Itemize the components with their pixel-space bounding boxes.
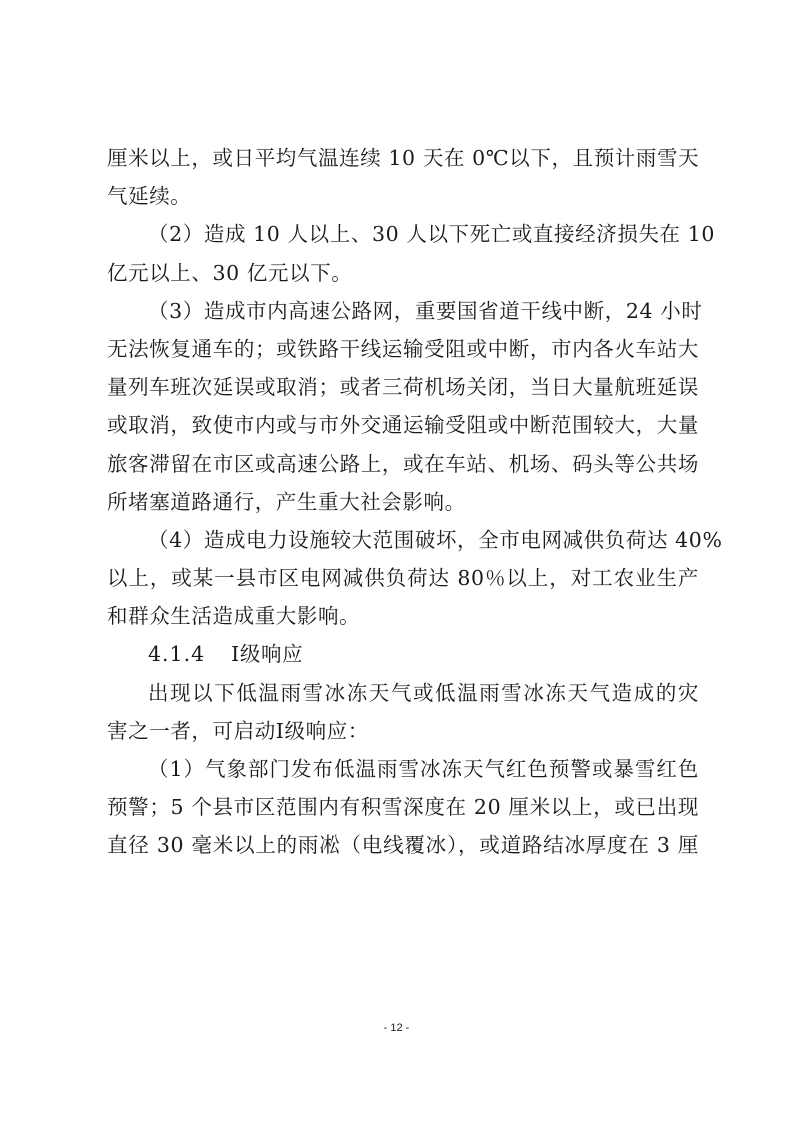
text-line: 以上，或某一县市区电网减供负荷达 80％以上，对工农业生产 [107, 559, 699, 597]
text-line: 厘米以上，或日平均气温连续 10 天在 0℃以下，且预计雨雪天 [107, 139, 699, 177]
section-number: 4.1.4 [148, 635, 205, 673]
text-line: 气延续。 [107, 177, 699, 215]
paragraph-intro: 出现以下低温雨雪冰冻天气或低温雨雪冰冻天气造成的灾 [107, 674, 699, 712]
text-line: 预警；5 个县市区范围内有积雪深度在 20 厘米以上，或已出现 [107, 788, 699, 826]
text-line: 和群众生活造成重大影响。 [107, 597, 699, 635]
paragraph-item-3: （3）造成市内高速公路网，重要国省道干线中断，24 小时 [107, 292, 699, 330]
document-page: 厘米以上，或日平均气温连续 10 天在 0℃以下，且预计雨雪天 气延续。 （2）… [0, 0, 793, 1121]
paragraph-item-1: （1）气象部门发布低温雨雪冰冻天气红色预警或暴雪红色 [107, 750, 699, 788]
text-line: 害之一者，可启动Ⅰ级响应： [107, 712, 699, 750]
text-line: 亿元以上、30 亿元以下。 [107, 254, 699, 292]
text-line: 直径 30 毫米以上的雨凇（电线覆冰），或道路结冰厚度在 3 厘 [107, 826, 699, 864]
text-line: 所堵塞道路通行，产生重大社会影响。 [107, 483, 699, 521]
page-number: - 12 - [0, 1022, 793, 1034]
section-heading: 4.1.4Ⅰ级响应 [107, 635, 699, 673]
paragraph-item-2: （2）造成 10 人以上、30 人以下死亡或直接经济损失在 10 [107, 215, 699, 253]
text-line: 无法恢复通车的；或铁路干线运输受阻或中断，市内各火车站大 [107, 330, 699, 368]
text-line: 旅客滞留在市区或高速公路上，或在车站、机场、码头等公共场 [107, 445, 699, 483]
section-title: Ⅰ级响应 [231, 642, 303, 666]
text-line: 或取消，致使市内或与市外交通运输受阻或中断范围较大，大量 [107, 406, 699, 444]
text-line: 量列车班次延误或取消；或者三荷机场关闭，当日大量航班延误 [107, 368, 699, 406]
document-body: 厘米以上，或日平均气温连续 10 天在 0℃以下，且预计雨雪天 气延续。 （2）… [107, 139, 699, 865]
paragraph-item-4: （4）造成电力设施较大范围破坏，全市电网减供负荷达 40% [107, 521, 699, 559]
